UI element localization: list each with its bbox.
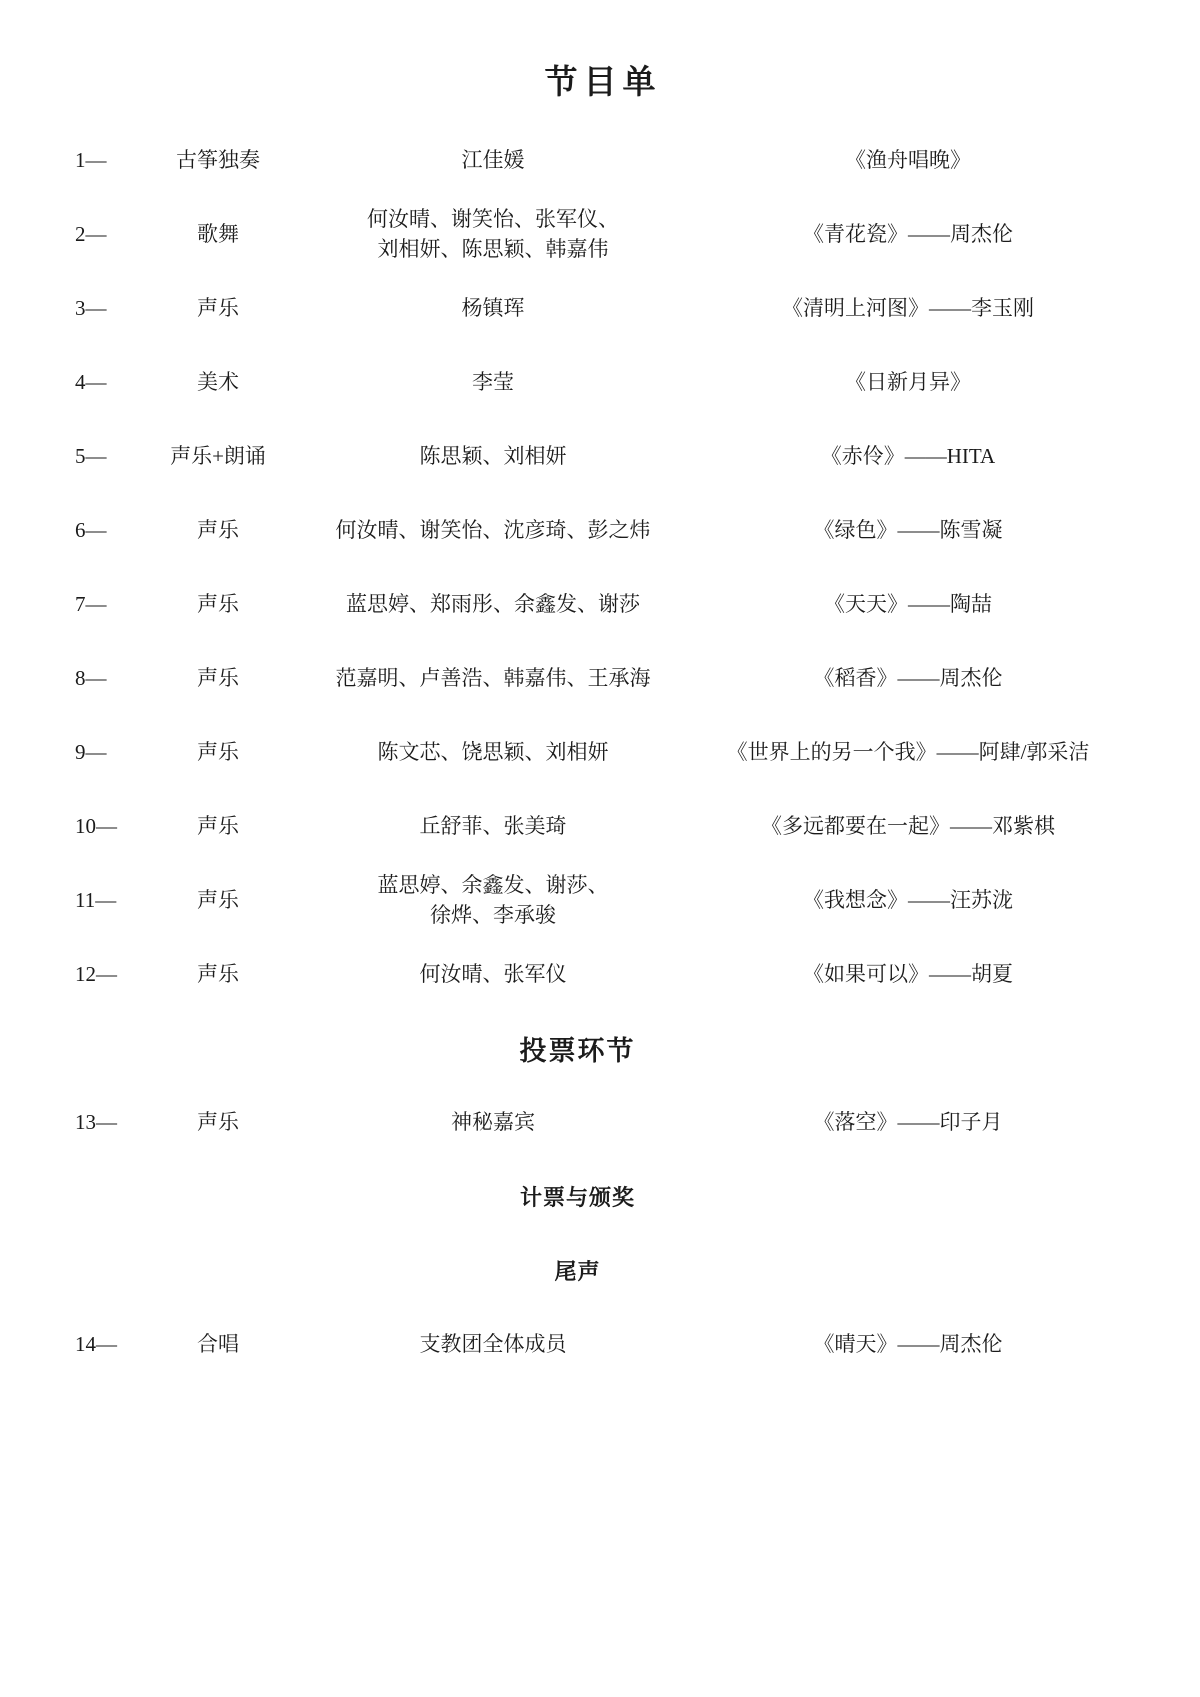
row-performers: 蓝思婷、郑雨彤、余鑫发、谢莎 — [293, 589, 693, 619]
row-category: 声乐 — [143, 1107, 293, 1137]
performers-line: 蓝思婷、郑雨彤、余鑫发、谢莎 — [293, 589, 693, 619]
row-category: 声乐 — [143, 515, 293, 545]
performers-line: 江佳媛 — [293, 145, 693, 175]
row-song: 《清明上河图》——李玉刚 — [693, 293, 1123, 323]
row-category: 合唱 — [143, 1329, 293, 1359]
row-number: 9— — [75, 737, 143, 767]
row-category: 声乐 — [143, 293, 293, 323]
performers-line: 徐烨、李承骏 — [293, 900, 693, 930]
section-header: 投票环节 — [75, 1011, 1080, 1085]
row-number: 8— — [75, 663, 143, 693]
section-header-text: 投票环节 — [520, 1029, 636, 1068]
row-number: 3— — [75, 293, 143, 323]
row-performers: 蓝思婷、余鑫发、谢莎、徐烨、李承骏 — [293, 870, 693, 930]
section-header-text: 计票与颁奖 — [520, 1181, 635, 1212]
row-number: 12— — [75, 959, 143, 989]
performers-line: 蓝思婷、余鑫发、谢莎、 — [293, 870, 693, 900]
row-performers: 支教团全体成员 — [293, 1329, 693, 1359]
performers-line: 何汝晴、张军仪 — [293, 959, 693, 989]
row-number: 13— — [75, 1107, 143, 1137]
row-category: 声乐+朗诵 — [143, 441, 293, 471]
row-number: 7— — [75, 589, 143, 619]
row-number: 5— — [75, 441, 143, 471]
row-song: 《赤伶》——HITA — [693, 441, 1123, 471]
row-number: 11— — [75, 885, 143, 915]
row-category: 声乐 — [143, 959, 293, 989]
row-category: 歌舞 — [143, 219, 293, 249]
section-header-text: 尾声 — [554, 1255, 600, 1286]
row-song: 《晴天》——周杰伦 — [693, 1329, 1123, 1359]
performers-line: 丘舒菲、张美琦 — [293, 811, 693, 841]
performers-line: 何汝晴、谢笑怡、沈彦琦、彭之炜 — [293, 515, 693, 545]
row-performers: 何汝晴、谢笑怡、沈彦琦、彭之炜 — [293, 515, 693, 545]
row-performers: 陈文芯、饶思颖、刘相妍 — [293, 737, 693, 767]
row-performers: 丘舒菲、张美琦 — [293, 811, 693, 841]
program-row: 11— 声乐 蓝思婷、余鑫发、谢莎、徐烨、李承骏 《我想念》——汪苏泷 — [0, 863, 1200, 937]
row-performers: 杨镇珲 — [293, 293, 693, 323]
row-category: 声乐 — [143, 589, 293, 619]
row-performers: 陈思颖、刘相妍 — [293, 441, 693, 471]
row-category: 声乐 — [143, 885, 293, 915]
row-performers: 范嘉明、卢善浩、韩嘉伟、王承海 — [293, 663, 693, 693]
row-number: 10— — [75, 811, 143, 841]
performers-line: 范嘉明、卢善浩、韩嘉伟、王承海 — [293, 663, 693, 693]
row-song: 《落空》——印子月 — [693, 1107, 1123, 1137]
row-number: 1— — [75, 145, 143, 175]
program-row: 2— 歌舞 何汝晴、谢笑怡、张军仪、刘相妍、陈思颖、韩嘉伟 《青花瓷》——周杰伦 — [0, 197, 1200, 271]
row-song: 《日新月异》 — [693, 367, 1123, 397]
performers-line: 李莹 — [293, 367, 693, 397]
row-song: 《绿色》——陈雪凝 — [693, 515, 1123, 545]
program-row: 14— 合唱 支教团全体成员 《晴天》——周杰伦 — [0, 1307, 1200, 1381]
row-performers: 江佳媛 — [293, 145, 693, 175]
program-row: 1— 古筝独奏 江佳媛 《渔舟唱晚》 — [0, 123, 1200, 197]
performers-line: 支教团全体成员 — [293, 1329, 693, 1359]
row-number: 14— — [75, 1329, 143, 1359]
program-row: 3— 声乐 杨镇珲 《清明上河图》——李玉刚 — [0, 271, 1200, 345]
row-performers: 何汝晴、谢笑怡、张军仪、刘相妍、陈思颖、韩嘉伟 — [293, 204, 693, 264]
program-row: 13— 声乐 神秘嘉宾 《落空》——印子月 — [0, 1085, 1200, 1159]
performers-line: 神秘嘉宾 — [293, 1107, 693, 1137]
row-performers: 何汝晴、张军仪 — [293, 959, 693, 989]
row-song: 《青花瓷》——周杰伦 — [693, 219, 1123, 249]
program-row: 12— 声乐 何汝晴、张军仪 《如果可以》——胡夏 — [0, 937, 1200, 1011]
program-row: 8— 声乐 范嘉明、卢善浩、韩嘉伟、王承海 《稻香》——周杰伦 — [0, 641, 1200, 715]
performers-line: 杨镇珲 — [293, 293, 693, 323]
row-category: 声乐 — [143, 737, 293, 767]
program-row: 5— 声乐+朗诵 陈思颖、刘相妍 《赤伶》——HITA — [0, 419, 1200, 493]
performers-line: 陈思颖、刘相妍 — [293, 441, 693, 471]
row-song: 《天天》——陶喆 — [693, 589, 1123, 619]
performers-line: 何汝晴、谢笑怡、张军仪、 — [293, 204, 693, 234]
row-category: 古筝独奏 — [143, 145, 293, 175]
performers-line: 陈文芯、饶思颖、刘相妍 — [293, 737, 693, 767]
program-row: 9— 声乐 陈文芯、饶思颖、刘相妍 《世界上的另一个我》——阿肆/郭采洁 — [0, 715, 1200, 789]
row-category: 美术 — [143, 367, 293, 397]
row-category: 声乐 — [143, 811, 293, 841]
program-row: 4— 美术 李莹 《日新月异》 — [0, 345, 1200, 419]
program-row: 10— 声乐 丘舒菲、张美琦 《多远都要在一起》——邓紫棋 — [0, 789, 1200, 863]
section-header: 计票与颁奖 — [75, 1159, 1080, 1233]
row-song: 《渔舟唱晚》 — [693, 145, 1123, 175]
row-song: 《我想念》——汪苏泷 — [693, 885, 1123, 915]
row-song: 《多远都要在一起》——邓紫棋 — [693, 811, 1123, 841]
row-category: 声乐 — [143, 663, 293, 693]
document-page: 节目单 1— 古筝独奏 江佳媛 《渔舟唱晚》 2— 歌舞 何汝晴、谢笑怡、张军仪… — [0, 0, 1200, 1697]
program-row: 7— 声乐 蓝思婷、郑雨彤、余鑫发、谢莎 《天天》——陶喆 — [0, 567, 1200, 641]
row-performers: 李莹 — [293, 367, 693, 397]
row-song: 《稻香》——周杰伦 — [693, 663, 1123, 693]
program-list: 1— 古筝独奏 江佳媛 《渔舟唱晚》 2— 歌舞 何汝晴、谢笑怡、张军仪、刘相妍… — [0, 123, 1200, 1381]
row-number: 6— — [75, 515, 143, 545]
row-performers: 神秘嘉宾 — [293, 1107, 693, 1137]
row-song: 《如果可以》——胡夏 — [693, 959, 1123, 989]
row-number: 4— — [75, 367, 143, 397]
row-number: 2— — [75, 219, 143, 249]
performers-line: 刘相妍、陈思颖、韩嘉伟 — [293, 234, 693, 264]
program-row: 6— 声乐 何汝晴、谢笑怡、沈彦琦、彭之炜 《绿色》——陈雪凝 — [0, 493, 1200, 567]
section-header: 尾声 — [75, 1233, 1080, 1307]
row-song: 《世界上的另一个我》——阿肆/郭采洁 — [693, 737, 1123, 767]
page-title: 节目单 — [0, 56, 1200, 103]
